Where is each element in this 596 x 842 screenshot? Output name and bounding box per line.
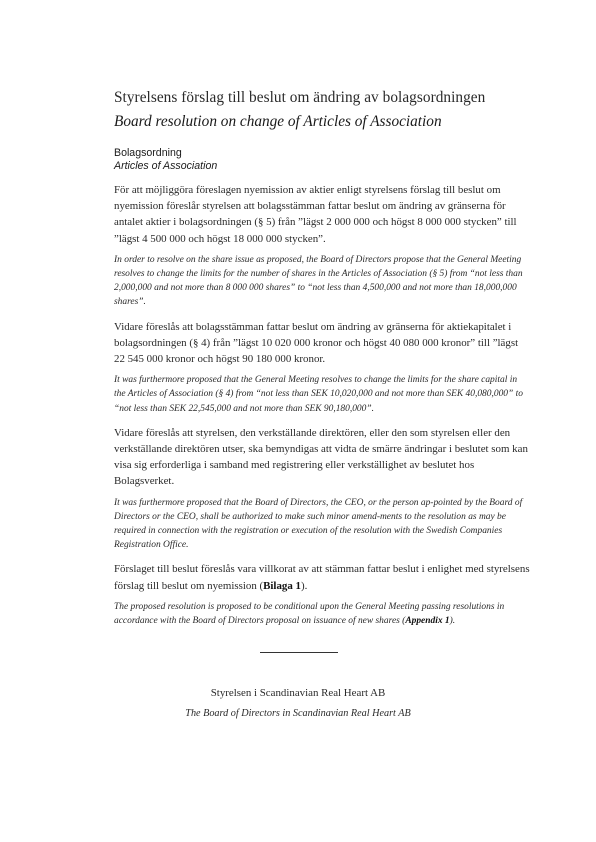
paragraph-authorization-swedish: Vidare föreslås att styrelsen, den verks…	[114, 425, 530, 490]
section-heading-swedish: Bolagsordning	[114, 147, 530, 160]
paragraph-condition-swedish: Förslaget till beslut föreslås vara vill…	[114, 561, 530, 593]
document-title-swedish: Styrelsens förslag till beslut om ändrin…	[114, 88, 530, 108]
section-heading: Bolagsordning Articles of Association	[114, 147, 530, 173]
paragraph-authorization-english: It was furthermore proposed that the Boa…	[114, 496, 530, 553]
paragraph-share-capital-english: It was furthermore proposed that the Gen…	[114, 373, 530, 416]
signature-english: The Board of Directors in Scandinavian R…	[114, 707, 482, 721]
section-heading-english: Articles of Association	[114, 160, 530, 173]
document-page: Styrelsens förslag till beslut om ändrin…	[114, 88, 530, 628]
signature-swedish: Styrelsen i Scandinavian Real Heart AB	[114, 686, 482, 700]
paragraph-share-limits-swedish: För att möjliggöra föreslagen nyemission…	[114, 182, 530, 247]
condition-text-end-english: ).	[450, 616, 456, 626]
condition-text-end-swedish: ).	[301, 580, 307, 592]
condition-text-swedish: Förslaget till beslut föreslås vara vill…	[114, 563, 530, 591]
document-title-english: Board resolution on change of Articles o…	[114, 112, 530, 132]
paragraph-share-capital-swedish: Vidare föreslås att bolagsstämman fattar…	[114, 319, 530, 368]
appendix-reference-english: Appendix 1	[405, 616, 449, 626]
paragraph-share-limits-english: In order to resolve on the share issue a…	[114, 253, 530, 310]
appendix-reference-swedish: Bilaga 1	[263, 580, 301, 592]
signature-divider	[260, 652, 338, 653]
paragraph-condition-english: The proposed resolution is proposed to b…	[114, 600, 530, 628]
